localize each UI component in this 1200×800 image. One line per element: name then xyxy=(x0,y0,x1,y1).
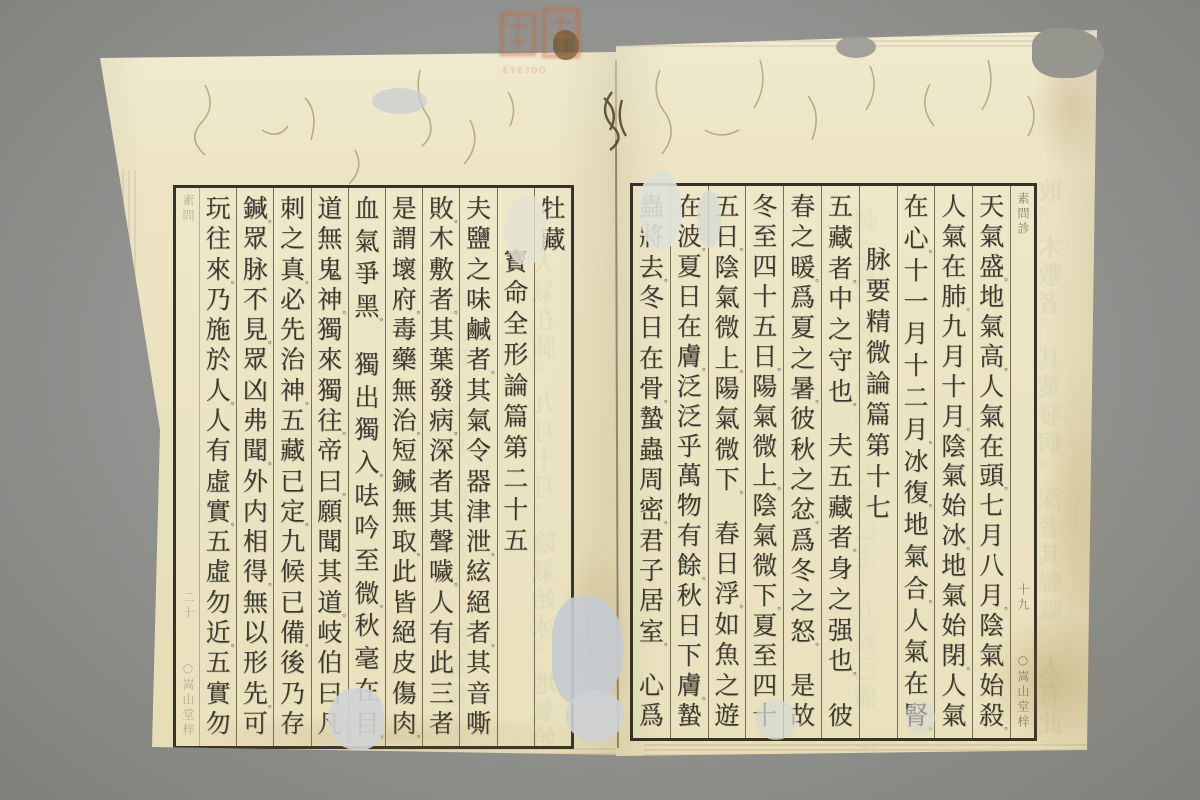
text-column: 是謂壞府。毒藥無治。短鍼無取。此皆絕皮傷肉。 xyxy=(386,188,423,746)
text-column: 人氣在肺。九月十月。陰氣始冰。地氣始閉。人氣 xyxy=(935,186,973,738)
text-column: 冬至四十五日。陽氣微上。陰氣微下。夏至四十 xyxy=(746,186,784,738)
text-column: 天氣盛。地氣高。人氣在頭。七月八月。陰氣始殺。 xyxy=(973,186,1011,738)
text-column: 牡藏 xyxy=(535,188,571,746)
text-column: 蟲將去。冬日在骨。蟄蟲周密。君子居室。心爲 xyxy=(633,186,671,738)
page-stack-edge xyxy=(98,170,138,754)
left-page: 人氣在肺。九月十月。陰氣始冰。地氣始閉。人氣 冬至四十五日。陽氣微上。陰氣微下。… xyxy=(88,50,618,762)
bleed-through-text: 敗。木敷者。其葉發病。深者其聲噦。人有此三者 xyxy=(1034,178,1070,738)
fore-edge-publisher-mark: ○嵩山堂梓 xyxy=(176,661,199,738)
chapter-title-column: 寳命全形論篇第二十五 xyxy=(498,188,535,746)
fore-edge-leaf-number: 十九 xyxy=(1011,583,1034,613)
right-page-text-frame: 蟲將去。冬日在骨。蟄蟲周密。君子居室。心爲 在波。夏日在膚。泛泛乎萬物有餘。秋日… xyxy=(630,183,1037,741)
page-stack-edge xyxy=(644,744,1102,758)
text-column: 夫鹽之味鹹者。其氣令器津泄。絃絕者。其音嘶 xyxy=(460,188,497,746)
left-page-text-frame: 素問 二十 ○嵩山堂梓 玩往來。乃施於人。人有虛實。五虛勿近。五實勿 鍼。眾脉不… xyxy=(173,185,574,749)
left-page-fore-edge-column: 素問 二十 ○嵩山堂梓 xyxy=(176,188,200,746)
text-column: 五藏者。中之守也。夫五藏者。身之强也。彼 xyxy=(822,186,860,738)
fore-edge-publisher-mark: ○嵩山堂梓 xyxy=(1011,653,1034,730)
text-column: 血氣爭黑。獨出獨入。呿吟至微。秋毫在目。 xyxy=(349,188,386,746)
text-column: 春之暖。爲夏之暑。彼秋之忿。爲冬之怒。是故 xyxy=(784,186,822,738)
photographed-book-spread: 人氣在肺。九月十月。陰氣始冰。地氣始閉。人氣 冬至四十五日。陽氣微上。陰氣微下。… xyxy=(0,0,1200,800)
text-column: 玩往來。乃施於人。人有虛實。五虛勿近。五實勿 xyxy=(200,188,237,746)
text-column: 五日。陰氣微上。陽氣微下。春日浮。如魚之遊 xyxy=(709,186,747,738)
text-column: 刺之真。必先治神。五藏已定。九候已備。後乃存 xyxy=(274,188,311,746)
text-column: 道無鬼神。獨來獨往。帝曰。願聞其道。岐伯曰。凡 xyxy=(312,188,349,746)
text-column: 敗。木敷者。其葉發病。深者其聲噦。人有此三者 xyxy=(423,188,460,746)
text-column: 在波。夏日在膚。泛泛乎萬物有餘。秋日下膚。蟄 xyxy=(671,186,709,738)
right-page-fore-edge-column: 素問診 十九 ○嵩山堂梓 xyxy=(1011,186,1034,738)
fore-edge-leaf-number: 二十 xyxy=(176,591,199,621)
page-stack-edge xyxy=(118,748,618,762)
page-stack-edge xyxy=(614,30,1092,48)
text-column: 在心。十一月十二月。冰復。地氣合。人氣在腎。 xyxy=(898,186,936,738)
fore-edge-title: 素問 xyxy=(176,194,199,224)
fore-edge-title: 素問診 xyxy=(1011,192,1034,237)
right-page: 敗。木敷者。其葉發病。深者其聲噦。人有此三者 刺之真。必先治神。五藏已定。九候已… xyxy=(614,28,1102,758)
chapter-title-column: 脉要精微論篇第十七 xyxy=(860,186,898,738)
text-column: 鍼。眾脉不見。眾凶弗聞。外内相得。無以形先。可 xyxy=(237,188,274,746)
